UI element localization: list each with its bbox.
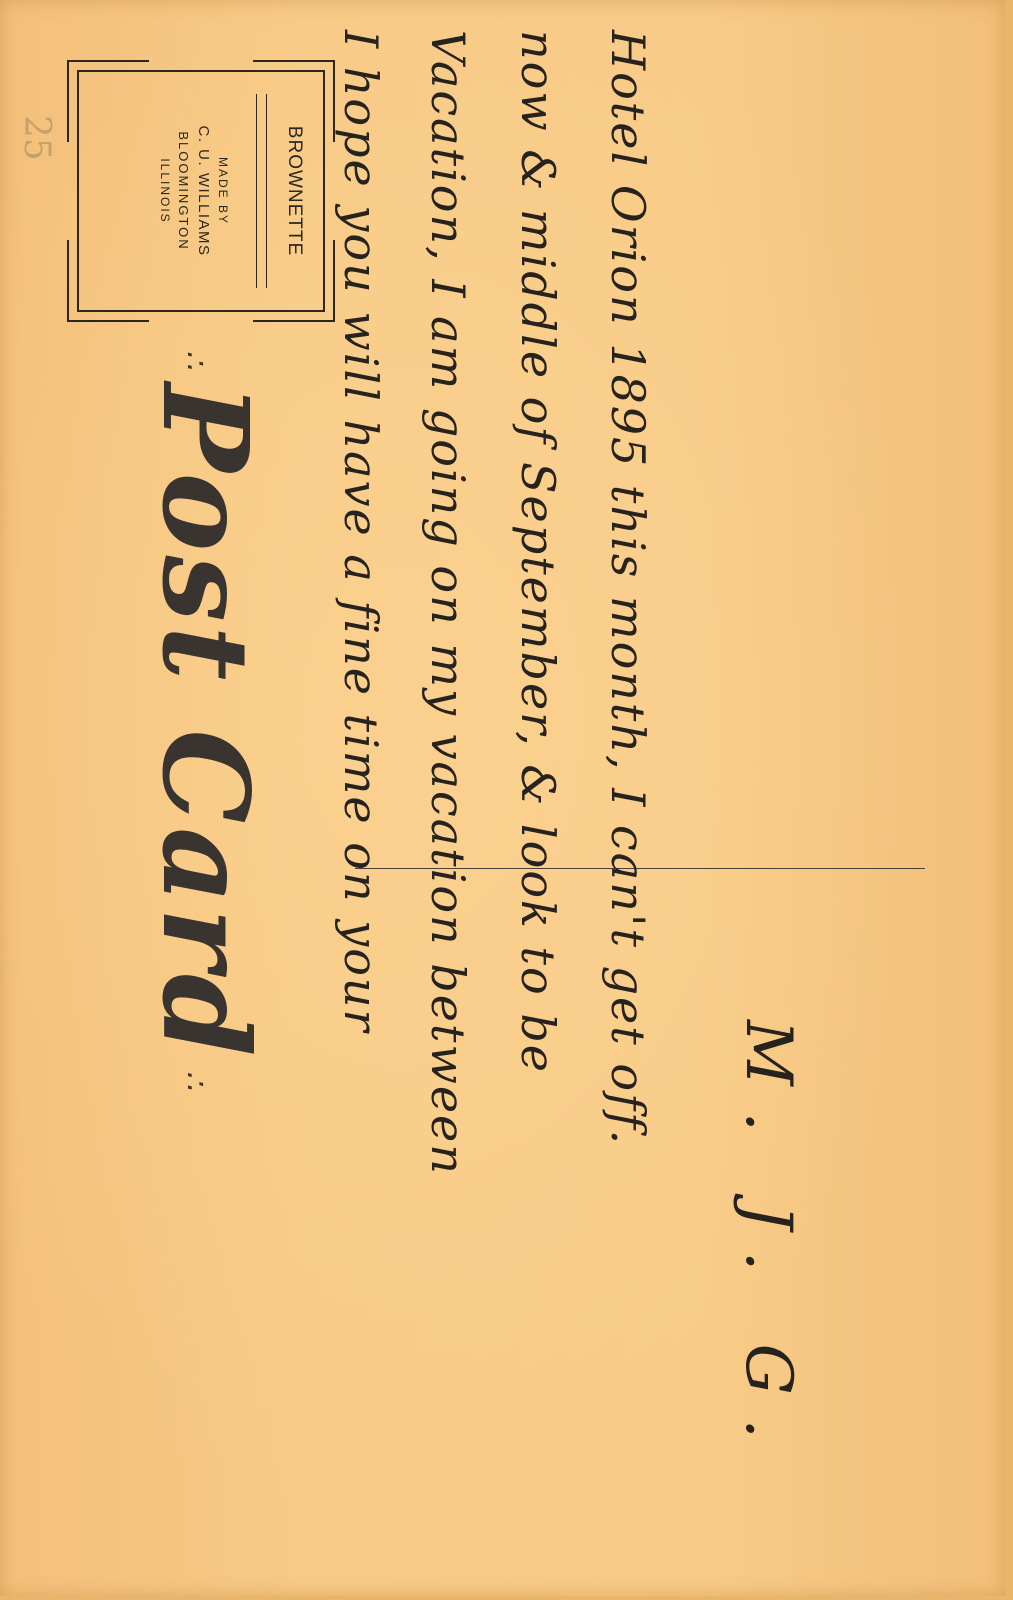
stamp-maker-name: C. U. WILLIAMS (192, 72, 214, 310)
ornament-icon: ∴ (177, 1070, 212, 1093)
stamp-maker-block: MADE BY C. U. WILLIAMS BLOOMINGTON ILLIN… (156, 72, 231, 310)
stamp-brand: BROWNETTE (283, 72, 305, 310)
pencil-mark: 25 (16, 115, 57, 161)
message-line: I hope you will have a fine time on your (334, 30, 388, 1034)
stamp-city: BLOOMINGTON (173, 72, 192, 310)
stamp-box: BROWNETTE MADE BY C. U. WILLIAMS BLOOMIN… (67, 60, 335, 322)
postcard: BROWNETTE MADE BY C. U. WILLIAMS BLOOMIN… (0, 0, 1005, 1596)
stamp-made-by: MADE BY (214, 72, 231, 310)
stamp-rule (266, 94, 267, 288)
postcard-rotated-content: BROWNETTE MADE BY C. U. WILLIAMS BLOOMIN… (0, 0, 1005, 1600)
ornament-icon: ∴ (177, 350, 212, 373)
stamp-inner-frame: BROWNETTE MADE BY C. U. WILLIAMS BLOOMIN… (77, 70, 325, 312)
message-line: now & middle of September, & look to be (511, 30, 565, 1074)
message-line: Hotel Orion 1895 this month, I can't get… (601, 30, 655, 1146)
title-text: Post Card (136, 383, 275, 1060)
stamp-state: ILLINOIS (156, 72, 173, 310)
postcard-title: ∴Post Card∴ (136, 340, 275, 1104)
message-line: Vacation, I am going on my vacation betw… (421, 30, 475, 1176)
signature: M. J. G. (731, 1020, 805, 1465)
stamp-rule (256, 94, 257, 288)
